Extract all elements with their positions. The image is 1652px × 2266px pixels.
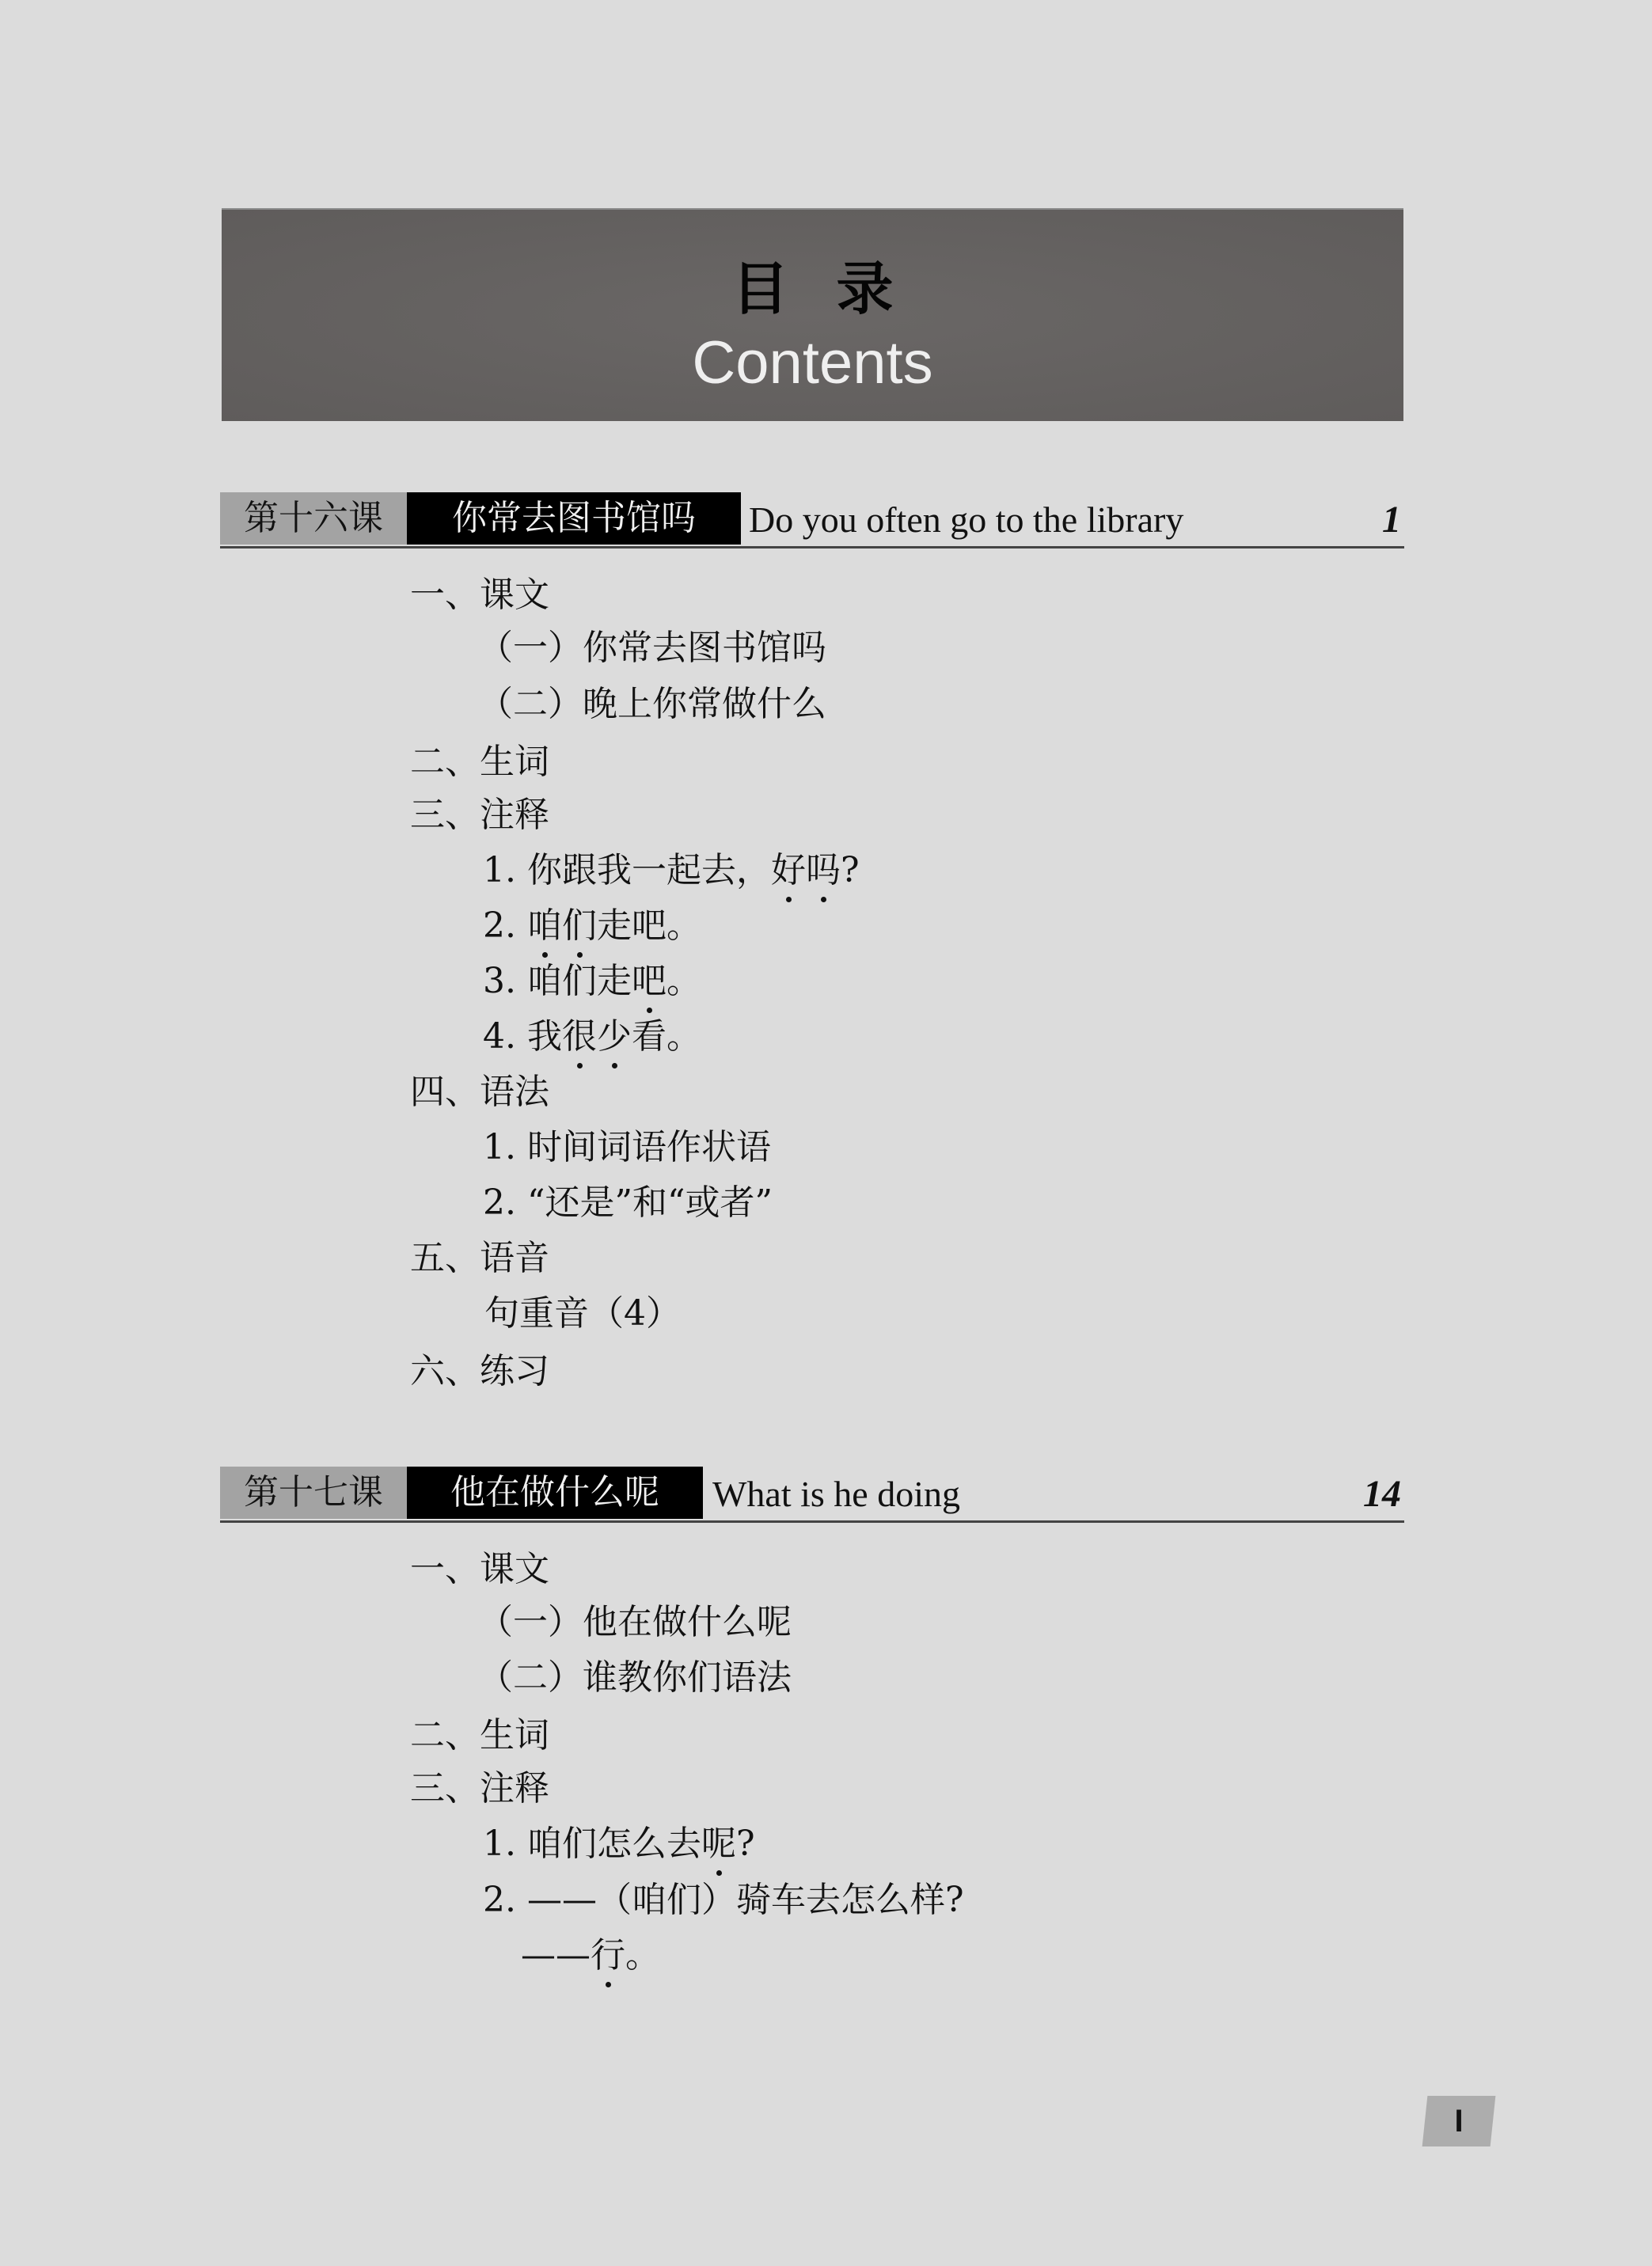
lesson-number: 第十六课 <box>220 492 407 545</box>
emphasis-dot: 很 <box>562 1015 597 1059</box>
emphasis-dot: 好 <box>771 848 806 893</box>
emphasis-dot: 少 <box>597 1015 632 1059</box>
contents-banner: 目录 Contents <box>222 208 1403 421</box>
emphasis-dot: 行 <box>591 1934 625 1978</box>
toc-item-note-4[interactable]: 4. 我很少看。 <box>483 1015 701 1059</box>
emphasis-dot: 吗 <box>806 848 841 893</box>
banner-title-en: Contents <box>222 328 1403 397</box>
page-number: I <box>1425 2096 1493 2146</box>
toc-item[interactable]: 1. 时间词语作状语 <box>483 1125 771 1170</box>
toc-item-note-1[interactable]: 1. 咱们怎么去呢? <box>483 1822 755 1866</box>
lesson-16-header[interactable]: 第十六课 你常去图书馆吗 Do you often go to the libr… <box>220 492 1404 548</box>
toc-item[interactable]: 2. “还是”和“或者” <box>483 1181 773 1225</box>
section-heading[interactable]: 二、生词 <box>410 740 549 784</box>
toc-item-note-2[interactable]: 2. 咱们走吧。 <box>483 904 701 948</box>
lesson-title-zh: 你常去图书馆吗 <box>407 492 741 545</box>
toc-item[interactable]: （二）谁教你们语法 <box>478 1656 792 1700</box>
emphasis-dot: 咱 <box>527 904 562 948</box>
toc-item[interactable]: 2. ——（咱们）骑车去怎么样? <box>483 1878 964 1922</box>
section-heading[interactable]: 三、注释 <box>410 793 549 837</box>
toc-item-note-3[interactable]: 3. 咱们走吧。 <box>483 959 701 1004</box>
toc-item[interactable]: 句重音（4） <box>484 1292 681 1336</box>
section-heading[interactable]: 二、生词 <box>410 1714 549 1758</box>
section-heading[interactable]: 六、练习 <box>410 1349 549 1394</box>
toc-item[interactable]: （一）他在做什么呢 <box>478 1600 792 1645</box>
lesson-title-en: What is he doing <box>712 1467 960 1519</box>
lesson-page-number: 14 <box>1363 1467 1401 1519</box>
section-heading[interactable]: 一、课文 <box>410 1547 549 1592</box>
toc-item-note-1[interactable]: 1. 你跟我一起去，好吗? <box>483 848 860 893</box>
page-number-badge: I <box>1422 2096 1496 2146</box>
section-heading[interactable]: 四、语法 <box>410 1070 549 1114</box>
lesson-title-zh: 他在做什么呢 <box>407 1467 703 1519</box>
lesson-title-en: Do you often go to the library <box>749 492 1183 545</box>
emphasis-dot: 吧 <box>632 959 666 1004</box>
section-heading[interactable]: 五、语音 <box>410 1236 549 1281</box>
toc-item-note-2-reply[interactable]: ——行。 <box>521 1934 660 1978</box>
section-heading[interactable]: 一、课文 <box>410 573 549 617</box>
emphasis-dot: 们 <box>562 904 597 948</box>
emphasis-dot: 呢 <box>701 1822 736 1866</box>
lesson-number: 第十七课 <box>220 1467 407 1519</box>
toc-item[interactable]: （二）晚上你常做什么 <box>478 682 826 727</box>
toc-item[interactable]: （一）你常去图书馆吗 <box>478 626 826 670</box>
section-heading[interactable]: 三、注释 <box>410 1767 549 1811</box>
banner-title-zh: 目录 <box>222 243 1403 325</box>
lesson-17-header[interactable]: 第十七课 他在做什么呢 What is he doing 14 <box>220 1467 1404 1523</box>
lesson-page-number: 1 <box>1382 492 1401 545</box>
